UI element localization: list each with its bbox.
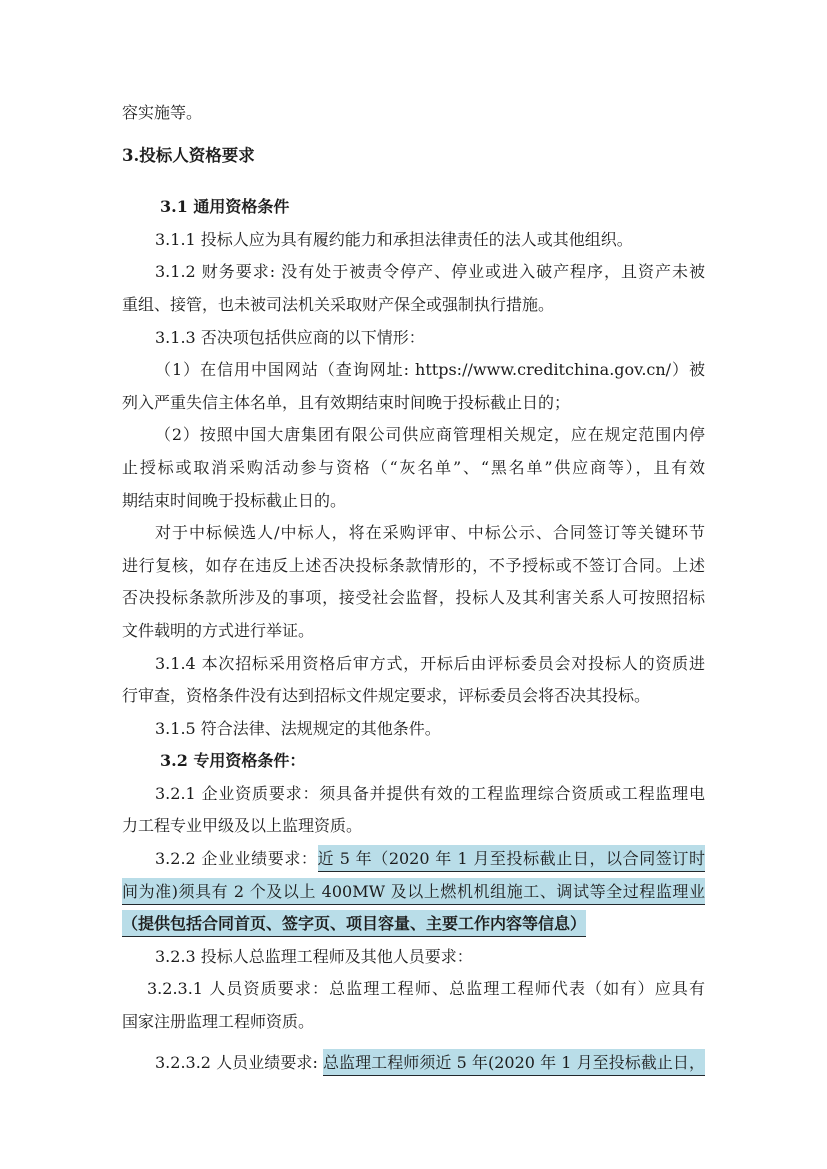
text-line: 对于中标候选人/中标人，将在采购评审、中标公示、合同签订等关键环节 [122,517,705,550]
text-line: 3.2.3 投标人总监理工程师及其他人员要求： [122,941,705,974]
text-run: 期结束时间晚于投标截止日的。 [122,491,346,510]
subsection-heading-3-2: 3.2 专用资格条件： [122,745,705,778]
text-line: 列入严重失信主体名单，且有效期结束时间晚于投标截止日的； [122,387,705,420]
clause-3-2-2: 3.2.2 企业业绩要求：近 5 年（2020 年 1 月至投标截止日，以合同签… [122,843,705,941]
text-line: 3.2.3.1 人员资质要求：总监理工程师、总监理工程师代表（如有）应具有 [122,973,705,1006]
text-run: 3.1.2 财务要求: 没有处于被责令停产、停业或进入破产程序，且资产未被 [155,262,705,281]
text-run: 3.2.3 投标人总监理工程师及其他人员要求： [155,947,473,966]
text-run: 3.2.3.2 人员业绩要求: [155,1053,323,1072]
text-run: 止授标或取消采购活动参与资格（“灰名单”、“黑名单”供应商等），且有效 [122,458,705,477]
text-line: 3.2.2 企业业绩要求：近 5 年（2020 年 1 月至投标截止日，以合同签… [122,843,705,876]
text-run: 进行复核，如存在违反上述否决投标条款情形的，不予授标或不签订合同。上述 [122,556,705,575]
document-body: 容实施等。3.投标人资格要求3.1 通用资格条件3.1.1 投标人应为具有履约能… [0,0,827,1079]
text-run: 行审查，资格条件没有达到招标文件规定要求，评标委员会将否决其投标。 [122,686,650,705]
highlighted-text: 近 5 年（2020 年 1 月至投标截止日，以合同签订时 [318,845,705,872]
clause-3-1-4: 3.1.4 本次招标采用资格后审方式，开标后由评标委员会对投标人的资质进行审查，… [122,648,705,713]
text-run: 重组、接管，也未被司法机关采取财产保全或强制执行措施。 [122,295,554,314]
text-line: （2）按照中国大唐集团有限公司供应商管理相关规定，应在规定范围内停 [122,419,705,452]
text-line: 间为准)须具有 2 个及以上 400MW 及以上燃机机组施工、调试等全过程监理业… [122,876,705,909]
text-line: 容实施等。 [122,97,705,130]
clause-3-2-3: 3.2.3 投标人总监理工程师及其他人员要求： [122,941,705,974]
text-run: 3.2.2 企业业绩要求： [155,849,318,868]
text-line: 否决投标条款所涉及的事项，接受社会监督，投标人及其利害关系人可按照招标 [122,582,705,615]
text-line: 3.1.3 否决项包括供应商的以下情形： [122,322,705,355]
clause-3-2-1: 3.2.1 企业资质要求：须具备并提供有效的工程监理综合资质或工程监理电力工程专… [122,778,705,843]
text-line: 期结束时间晚于投标截止日的。 [122,485,705,518]
highlighted-text: （提供包括合同首页、签字页、项目容量、主要工作内容等信息） [122,910,586,937]
clause-3-1-3: 3.1.3 否决项包括供应商的以下情形： [122,322,705,355]
text-line: 3.1.4 本次招标采用资格后审方式，开标后由评标委员会对投标人的资质进 [122,648,705,681]
text-line: （提供包括合同首页、签字页、项目容量、主要工作内容等信息） [122,908,705,941]
document-page: 容实施等。3.投标人资格要求3.1 通用资格条件3.1.1 投标人应为具有履约能… [0,0,827,1169]
text-run: 否决投标条款所涉及的事项，接受社会监督，投标人及其利害关系人可按照招标 [122,588,705,607]
text-line: 力工程专业甲级及以上监理资质。 [122,810,705,843]
text-run: 3.1.3 否决项包括供应商的以下情形： [155,328,425,347]
text-line: 3.1.1 投标人应为具有履约能力和承担法律责任的法人或其他组织。 [122,224,705,257]
clause-3-1-5: 3.1.5 符合法律、法规规定的其他条件。 [122,713,705,746]
highlighted-text: 间为准)须具有 2 个及以上 400MW 及以上燃机机组施工、调试等全过程监理业… [122,878,705,909]
clause-3-2-3-1: 3.2.3.1 人员资质要求：总监理工程师、总监理工程师代表（如有）应具有国家注… [122,973,705,1038]
text-run: 对于中标候选人/中标人，将在采购评审、中标公示、合同签订等关键环节 [155,523,705,542]
text-run: 3.1 通用资格条件 [160,197,289,216]
text-run: 列入严重失信主体名单，且有效期结束时间晚于投标截止日的； [122,393,570,412]
section-heading-3: 3.投标人资格要求 [122,140,705,173]
text-line: 3.1.2 财务要求: 没有处于被责令停产、停业或进入破产程序，且资产未被 [122,256,705,289]
highlighted-text: 总监理工程师须近 5 年(2020 年 1 月至投标截止日， [323,1049,705,1076]
text-line: 重组、接管，也未被司法机关采取财产保全或强制执行措施。 [122,289,705,322]
text-line: 3.投标人资格要求 [122,140,705,173]
text-run: 3.2.1 企业资质要求：须具备并提供有效的工程监理综合资质或工程监理电 [155,784,705,803]
text-run: 容实施等。 [122,103,202,122]
text-run: 3.投标人资格要求 [122,146,255,165]
text-line: 3.1 通用资格条件 [122,191,705,224]
text-run: 3.1.4 本次招标采用资格后审方式，开标后由评标委员会对投标人的资质进 [155,654,705,673]
text-line: 止授标或取消采购活动参与资格（“灰名单”、“黑名单”供应商等），且有效 [122,452,705,485]
text-line: 3.1.5 符合法律、法规规定的其他条件。 [122,713,705,746]
text-line: 3.2 专用资格条件： [122,745,705,778]
text-run: 3.1.1 投标人应为具有履约能力和承担法律责任的法人或其他组织。 [155,230,633,249]
text-run: （1）在信用中国网站（查询网址: https://www.creditchina… [155,360,705,379]
subsection-heading-3-1: 3.1 通用资格条件 [122,191,705,224]
text-run: （2）按照中国大唐集团有限公司供应商管理相关规定，应在规定范围内停 [155,425,705,444]
text-line: 进行复核，如存在违反上述否决投标条款情形的，不予授标或不签订合同。上述 [122,550,705,583]
text-run: 力工程专业甲级及以上监理资质。 [122,816,362,835]
text-run: 3.1.5 符合法律、法规规定的其他条件。 [155,719,441,738]
clause-3-1-1: 3.1.1 投标人应为具有履约能力和承担法律责任的法人或其他组织。 [122,224,705,257]
clause-3-2-3-2: 3.2.3.2 人员业绩要求: 总监理工程师须近 5 年(2020 年 1 月至… [122,1047,705,1080]
clause-3-1-2: 3.1.2 财务要求: 没有处于被责令停产、停业或进入破产程序，且资产未被重组、… [122,256,705,321]
clause-3-1-3-item-1: （1）在信用中国网站（查询网址: https://www.creditchina… [122,354,705,419]
text-line: 3.2.3.2 人员业绩要求: 总监理工程师须近 5 年(2020 年 1 月至… [122,1047,705,1080]
clause-review-note: 对于中标候选人/中标人，将在采购评审、中标公示、合同签订等关键环节进行复核，如存… [122,517,705,647]
text-run: 3.2.3.1 人员资质要求：总监理工程师、总监理工程师代表（如有）应具有 [147,979,705,998]
text-line: 国家注册监理工程师资质。 [122,1006,705,1039]
text-run: 国家注册监理工程师资质。 [122,1012,314,1031]
text-line: 3.2.1 企业资质要求：须具备并提供有效的工程监理综合资质或工程监理电 [122,778,705,811]
text-line: 行审查，资格条件没有达到招标文件规定要求，评标委员会将否决其投标。 [122,680,705,713]
paragraph-continuation: 容实施等。 [122,97,705,130]
clause-3-1-3-item-2: （2）按照中国大唐集团有限公司供应商管理相关规定，应在规定范围内停止授标或取消采… [122,419,705,517]
text-line: 文件载明的方式进行举证。 [122,615,705,648]
text-run: 3.2 专用资格条件： [160,751,305,770]
text-run: 文件载明的方式进行举证。 [122,621,314,640]
text-line: （1）在信用中国网站（查询网址: https://www.creditchina… [122,354,705,387]
